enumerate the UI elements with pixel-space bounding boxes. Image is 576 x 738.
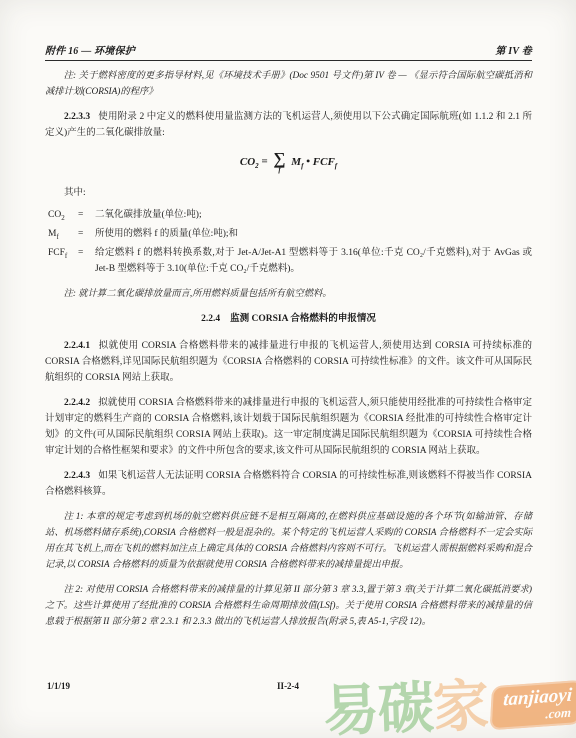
document-page: 附件 16 — 环境保护 第 IV 卷 注: 关于燃料密度的更多指导材料,见《环… — [0, 0, 576, 738]
definition-mass-text: 所使用的燃料 f 的质量(单位:吨);和 — [95, 226, 532, 245]
definition-fcf-equals: = — [78, 245, 95, 277]
paragraph-2243: 2.2.4.3如果飞机运营人无法证明 CORSIA 合格燃料符合 CORSIA … — [45, 468, 532, 500]
definition-mass: Mf = 所使用的燃料 f 的质量(单位:吨);和 — [45, 226, 532, 245]
note-1: 注 1: 本章的规定考虑到机场的航空燃料供应链不是相互隔离的,在燃料供应基础设施… — [45, 509, 532, 573]
definition-co2-text: 二氧化碳排放量(单位:吨); — [95, 207, 532, 226]
header-left-title: 附件 16 — 环境保护 — [45, 42, 135, 57]
fuel-mass-note: 注: 就计算二氧化碳排放量而言,所用燃料质量包括所有航空燃料。 — [45, 286, 532, 302]
paragraph-2243-text: 如果飞机运营人无法证明 CORSIA 合格燃料符合 CORSIA 的可持续性标准… — [45, 471, 532, 497]
formula-operator: • — [306, 156, 310, 168]
fuel-density-note-text: 注: 关于燃料密度的更多指导材料,见《环境技术手册》(Doc 9501 号文件)… — [45, 71, 532, 97]
paragraph-2233-text: 使用附录 2 中定义的燃料使用量监测方法的飞机运营人,须使用以下公式确定国际航班… — [45, 112, 532, 138]
where-label: 其中: — [45, 185, 532, 201]
formula-fcf-term: FCFf — [313, 156, 337, 168]
definition-mass-term: Mf — [45, 226, 78, 245]
definition-co2-term: CO2 — [45, 207, 78, 226]
paragraph-2242-number: 2.2.4.2 — [64, 398, 90, 408]
paragraph-2243-number: 2.2.4.3 — [64, 471, 90, 481]
paragraph-2242: 2.2.4.2拟就使用 CORSIA 合格燃料带来的减排量进行申报的飞机运营人,… — [45, 395, 532, 459]
definition-fcf: FCFf = 给定燃料 f 的燃料转换系数,对于 Jet-A/Jet-A1 型燃… — [45, 245, 532, 277]
fuel-mass-note-text: 注: 就计算二氧化碳排放量而言,所用燃料质量包括所有航空燃料。 — [64, 289, 332, 299]
definition-co2: CO2 = 二氧化碳排放量(单位:吨); — [45, 207, 532, 226]
document-body: 注: 关于燃料密度的更多指导材料,见《环境技术手册》(Doc 9501 号文件)… — [45, 68, 532, 639]
paragraph-2241: 2.2.4.1拟就使用 CORSIA 合格燃料带来的减排量进行申报的飞机运营人,… — [45, 338, 532, 386]
definition-co2-equals: = — [78, 207, 95, 226]
note-2: 注 2: 对使用 CORSIA 合格燃料带来的减排量的计算见第 II 部分第 3… — [45, 582, 532, 630]
watermark-badge-domain: .com — [502, 706, 571, 724]
definitions-list: CO2 = 二氧化碳排放量(单位:吨); Mf = 所使用的燃料 f 的质量(单… — [45, 207, 532, 277]
footer-date: 1/1/19 — [47, 681, 70, 691]
section-224-number: 2.2.4 — [201, 314, 220, 324]
note-1-text: 注 1: 本章的规定考虑到机场的航空燃料供应链不是相互隔离的,在燃料供应基础设施… — [45, 512, 532, 570]
paragraph-2233: 2.2.3.3使用附录 2 中定义的燃料使用量监测方法的飞机运营人,须使用以下公… — [45, 109, 532, 141]
paragraph-2241-text: 拟就使用 CORSIA 合格燃料带来的减排量进行申报的飞机运营人,须使用达到 C… — [45, 341, 532, 383]
definition-mass-equals: = — [78, 226, 95, 245]
note-2-text: 注 2: 对使用 CORSIA 合格燃料带来的减排量的计算见第 II 部分第 3… — [45, 585, 532, 627]
page-header: 附件 16 — 环境保护 第 IV 卷 — [45, 42, 532, 61]
sigma-symbol: ∑f — [273, 150, 285, 174]
formula-equals: = — [261, 156, 267, 168]
page-footer: 1/1/19 II-2-4 — [45, 681, 532, 697]
paragraph-2242-text: 拟就使用 CORSIA 合格燃料带来的减排量进行申报的飞机运营人,须只能使用经批… — [45, 398, 532, 456]
section-224-title: 监测 CORSIA 合格燃料的申报情况 — [230, 314, 376, 324]
paragraph-2233-number: 2.2.3.3 — [64, 112, 90, 122]
formula-mass-term: Mf — [291, 156, 303, 168]
footer-page-number: II-2-4 — [277, 681, 299, 691]
section-heading-224: 2.2.4监测 CORSIA 合格燃料的申报情况 — [45, 311, 532, 327]
definition-fcf-term: FCFf — [45, 245, 78, 277]
definition-fcf-text: 给定燃料 f 的燃料转换系数,对于 Jet-A/Jet-A1 型燃料等于 3.1… — [95, 245, 532, 277]
co2-formula: CO2 = ∑f Mf • FCFf — [45, 150, 532, 174]
fuel-density-note: 注: 关于燃料密度的更多指导材料,见《环境技术手册》(Doc 9501 号文件)… — [45, 68, 532, 100]
formula-lhs: CO2 — [240, 156, 259, 168]
header-right-volume: 第 IV 卷 — [495, 42, 532, 57]
paragraph-2241-number: 2.2.4.1 — [64, 341, 90, 351]
